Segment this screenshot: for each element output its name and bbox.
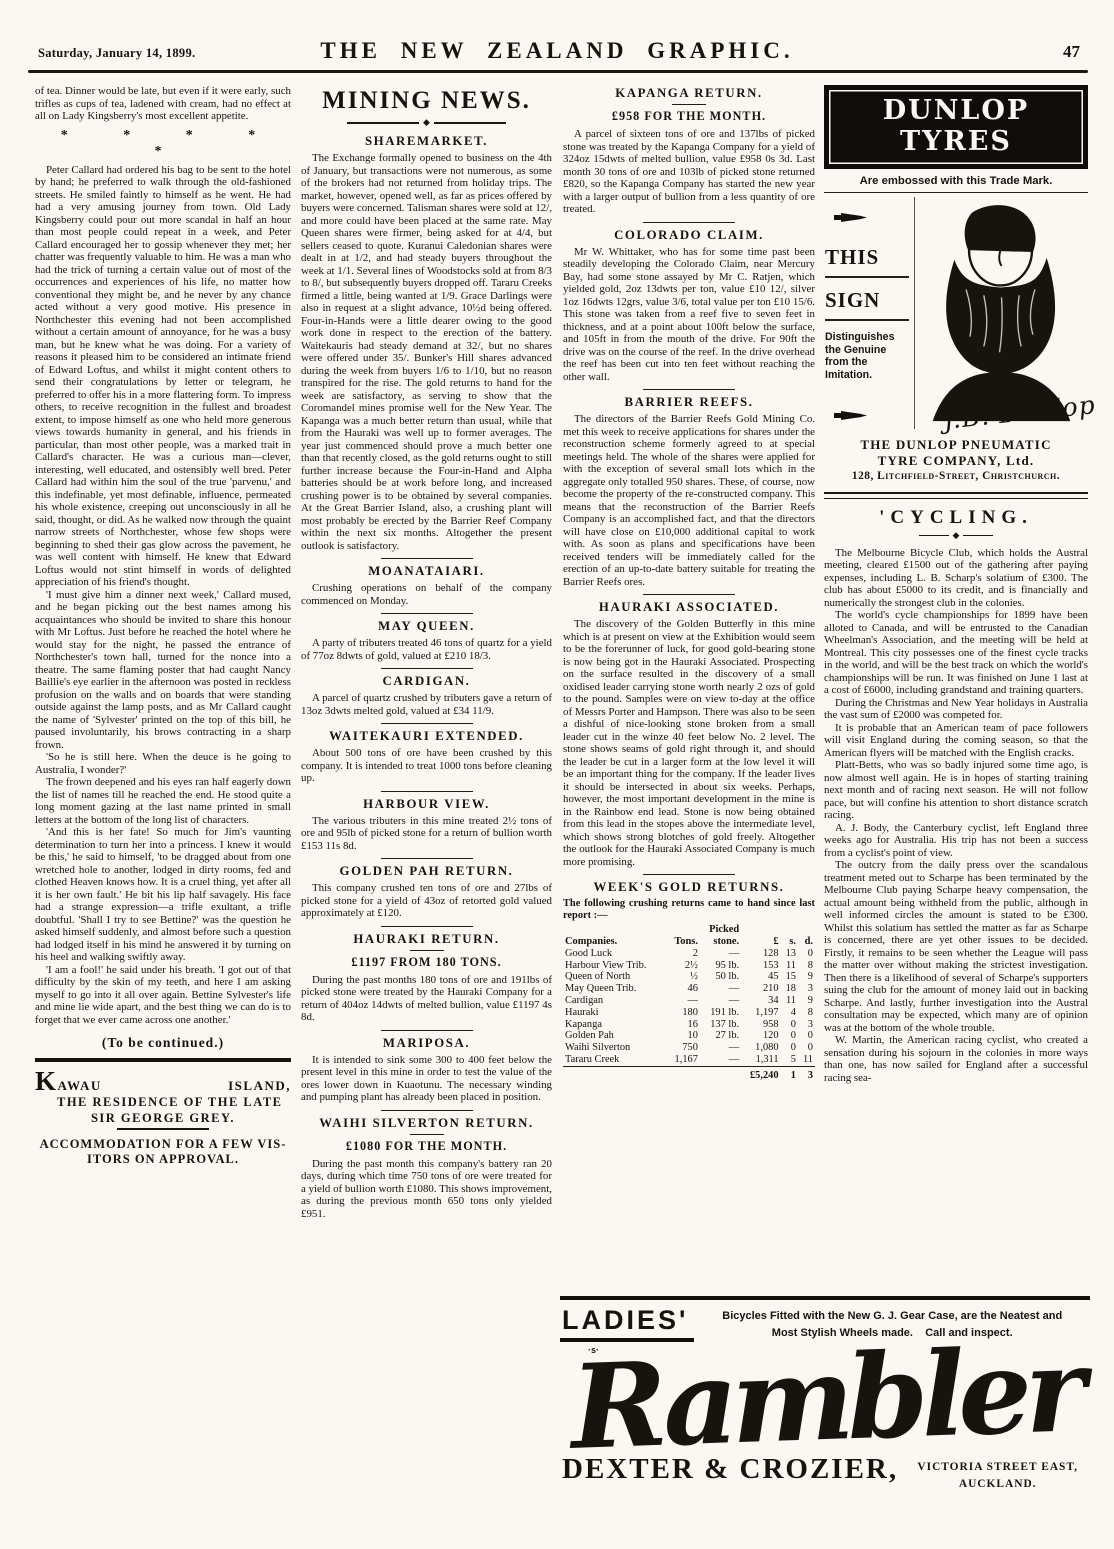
returns-sections: KAPANGA RETURN. £958 FOR THE MONTH. A pa… [563,86,815,868]
cell-pence: 8 [798,960,815,972]
section-subheading: £958 FOR THE MONTH. [563,104,815,124]
cell-shillings: 5 [781,1054,798,1066]
diamond-rule: ◆ [824,531,1088,541]
section-heading: GOLDEN PAH RETURN. [301,864,552,879]
cell-picked-stone: 191 lb. [700,1007,741,1019]
section-body: The various tributers in this mine treat… [301,815,552,853]
cycling-paragraph: The outcry from the daily press over the… [824,859,1088,1034]
gold-return-row: Golden Pah 10 27 lb. 120 0 0 [563,1030,815,1042]
masthead-rule [28,70,1088,73]
cell-pounds: 120 [741,1030,780,1042]
rule-line [919,535,949,537]
news-section: WAITEKAURI EXTENDED. About 500 tons of o… [301,723,552,785]
mining-news-column: MINING NEWS. ◆ SHAREMARKET. The Exchange… [301,85,552,1220]
header-pence: d. [798,924,815,948]
story-column: of tea. Dinner would be late, but even i… [35,85,291,1167]
double-rule [824,492,1088,499]
cycling-paragraph: During the Christmas and New Year holida… [824,697,1088,722]
cell-shillings: 0 [781,1019,798,1031]
section-divider [381,858,473,859]
header-stone: stone. [713,936,739,947]
newspaper-page: Saturday, January 14, 1899. THE NEW ZEAL… [0,0,1114,1549]
section-heading: HARBOUR VIEW. [301,797,552,812]
header-tons: Tons. [667,924,700,948]
section-heading: HAURAKI RETURN. [301,932,552,947]
section-divider [643,594,735,595]
gold-return-row: Harbour View Trib. 2½ 95 lb. 153 11 8 [563,960,815,972]
cell-shillings: 15 [781,971,798,983]
gold-returns-intro: The following crushing returns came to h… [563,898,815,921]
header-picked: Picked [702,924,739,936]
section-body: About 500 tons of ore have been crushed … [301,747,552,785]
section-divider [643,389,735,390]
cell-company: Waihi Silverton [563,1042,667,1054]
section-divider [381,791,473,792]
dunlop-company-line1: THE DUNLOP PNEUMATIC [824,437,1088,453]
newspaper-title: THE NEW ZEALAND GRAPHIC. [0,38,1114,64]
header-companies: Companies. [563,924,667,948]
section-body: During the past months 180 tons of ore a… [301,974,552,1024]
cell-pence: 3 [798,983,815,995]
dunlop-ad-body: THIS SIGN Disting­uishes the Genuine fro… [824,197,1088,429]
cell-tons: 10 [667,1030,700,1042]
cell-shillings: 0 [781,1030,798,1042]
diamond-icon: ◆ [953,531,960,541]
section-divider [381,926,473,927]
diamond-icon: ◆ [423,118,430,128]
kawau-ad-line: ITORS ON APPROVAL. [35,1152,291,1167]
story-paragraph: The frown deepened and his eyes ran half… [35,776,291,826]
cell-pence: 9 [798,971,815,983]
header-shillings: s. [781,924,798,948]
news-section: MARIPOSA. It is intended to sink some 30… [301,1030,552,1104]
news-section: SHAREMARKET. The Exchange formally opene… [301,134,552,552]
cell-pounds: 128 [741,948,780,960]
gold-table-body: Good Luck 2 — 128 13 0 Harbour View Trib… [563,948,815,1066]
right-column: DUNLOP TYRES Are embossed with this Trad… [824,85,1088,1084]
kawau-ad-line: THE RESIDENCE OF THE LATE [57,1095,291,1110]
section-body: A party of tributers treated 46 tons of … [301,637,552,662]
rambler-tagline-line1: Bicycles Fitted with the New G. J. Gear … [694,1308,1090,1325]
cell-company: Harbour View Trib. [563,960,667,972]
cycling-paragraph: The Melbourne Bicycle Club, which holds … [824,547,1088,610]
to-be-continued: (To be continued.) [35,1035,291,1051]
cell-pence: 9 [798,995,815,1007]
section-body: The Exchange formally opened to business… [301,152,552,552]
news-section: MOANATAIARI. Crushing operations on beha… [301,558,552,607]
section-body: This company crushed ten tons of ore and… [301,882,552,920]
section-heading: HAURAKI ASSOCIATED. [563,600,815,615]
cell-picked-stone: — [700,995,741,1007]
column-rule [35,1058,291,1062]
section-heading: CARDIGAN. [301,674,552,689]
cell-pence: 0 [798,1030,815,1042]
section-heading: MAY QUEEN. [301,619,552,634]
cell-company: Kapanga [563,1019,667,1031]
rule-line [963,535,993,537]
mining-sections: SHAREMARKET. The Exchange formally opene… [301,134,552,1220]
section-heading: KAPANGA RETURN. [563,86,815,101]
kawau-ad-rule [117,1128,209,1130]
cell-company: Queen of North [563,971,667,983]
cell-company: May Queen Trib. [563,983,667,995]
cell-pence: 0 [798,1042,815,1054]
dunlop-word-this: THIS [825,245,909,278]
cell-picked-stone: — [700,1042,741,1054]
dunlop-distinguishes-text: Disting­uishes the Genuine from the Imit… [825,331,909,381]
cell-picked-stone: 27 lb. [700,1030,741,1042]
kawau-ad-line: SIR GEORGE GREY. [35,1111,291,1126]
cell-pence: 8 [798,1007,815,1019]
kawau-dropcap: K [35,1066,58,1096]
section-divider [381,558,473,559]
gold-return-row: Kapanga 16 137 lb. 958 0 3 [563,1019,815,1031]
cell-pounds: 210 [741,983,780,995]
gold-return-row: May Queen Trib. 46 — 210 18 3 [563,983,815,995]
cell-tons: 750 [667,1042,700,1054]
gold-return-row: Waihi Silverton 750 — 1,080 0 0 [563,1042,815,1054]
dunlop-tagline: Are embossed with this Trade Mark. [824,175,1088,193]
cell-pence: 0 [798,948,815,960]
section-divider [381,723,473,724]
news-section: COLORADO CLAIM. Mr W. Whittaker, who has… [563,222,815,384]
news-section: KAPANGA RETURN. £958 FOR THE MONTH. A pa… [563,86,815,216]
gold-return-row: Queen of North ½ 50 lb. 45 15 9 [563,971,815,983]
cell-shillings: 18 [781,983,798,995]
dunlop-portrait: J.B. Dunlop [915,197,1088,429]
section-body: A parcel of quartz crushed by tributers … [301,692,552,717]
header-picked-stone: Pickedstone. [700,924,741,948]
news-section: HAURAKI RETURN. £1197 FROM 180 TONS. Dur… [301,926,552,1024]
cell-picked-stone: 137 lb. [700,1019,741,1031]
rambler-bicycle-ad: LADIES' ·s· Bicycles Fitted with the New… [560,1296,1090,1546]
cell-pounds: 1,197 [741,1007,780,1019]
section-divider [381,1110,473,1111]
cycling-paragraph: A. J. Body, the Canterbury cyclist, left… [824,822,1088,860]
cell-pounds: 153 [741,960,780,972]
cell-empty [667,1066,700,1081]
cell-picked-stone: — [700,1054,741,1066]
gold-return-row: Tararu Creek 1,167 — 1,311 5 11 [563,1054,815,1066]
returns-column: KAPANGA RETURN. £958 FOR THE MONTH. A pa… [563,85,815,1082]
dunlop-sign-rail: THIS SIGN Disting­uishes the Genuine fro… [824,197,915,429]
story-paragraph: 'I am a fool!' he said under his breath.… [35,964,291,1027]
cell-pence: 11 [798,1054,815,1066]
star-separator: * * * * * [51,128,291,160]
section-body: A parcel of sixteen tons of ore and 137l… [563,128,815,216]
section-heading: COLORADO CLAIM. [563,228,815,243]
kawau-name-rest: AWAU [58,1078,102,1093]
news-section: BARRIER REEFS. The directors of the Barr… [563,389,815,588]
cell-picked-stone: 95 lb. [700,960,741,972]
total-shillings: 1 [781,1066,798,1081]
cell-empty [700,1066,741,1081]
news-section: WAIHI SILVERTON RETURN. £1080 FOR THE MO… [301,1110,552,1221]
total-pence: 3 [798,1066,815,1081]
cycling-paragraph: The world's cycle championships for 1899… [824,609,1088,697]
cell-tons: 1,167 [667,1054,700,1066]
cell-tons: 46 [667,983,700,995]
cell-pounds: 34 [741,995,780,1007]
rule-line [434,122,506,124]
cell-shillings: 4 [781,1007,798,1019]
cell-tons: ½ [667,971,700,983]
cell-pounds: 1,080 [741,1042,780,1054]
section-body: Crushing operations on behalf of the com… [301,582,552,607]
cell-company: Tararu Creek [563,1054,667,1066]
dunlop-word-sign: SIGN [825,288,909,321]
story-paragraph: Peter Callard had ordered his bag to be … [35,164,291,589]
cycling-title: 'CYCLING. [824,507,1088,529]
cell-shillings: 13 [781,948,798,960]
kawau-ad-line: KAWAU ISLAND, [35,1071,291,1094]
page-number: 47 [1063,42,1080,62]
story-paragraph: 'And this is her fate! So much for Jim's… [35,826,291,964]
section-heading: BARRIER REEFS. [563,395,815,410]
cell-company: Cardigan [563,995,667,1007]
section-body: During the past month this company's bat… [301,1158,552,1221]
pointing-hand-icon [833,209,909,231]
rule-line [347,122,419,124]
section-heading: MARIPOSA. [301,1036,552,1051]
dunlop-banner: DUNLOP TYRES [824,85,1088,169]
gold-table-total-row: £5,240 1 3 [563,1066,815,1081]
gold-returns-heading: WEEK'S GOLD RETURNS. [563,880,815,895]
kawau-ad-name: KAWAU [35,1071,102,1094]
header-pounds: £ [741,924,780,948]
rambler-logo: Rambler [558,1331,1092,1465]
kawau-ad-line: ACCOMMODATION FOR A FEW VIS- [35,1137,291,1152]
cell-tons: 16 [667,1019,700,1031]
cycling-paragraph: Platt-Betts, who was so badly injured so… [824,759,1088,822]
section-heading: WAITEKAURI EXTENDED. [301,729,552,744]
cycling-paragraphs: The Melbourne Bicycle Club, which holds … [824,547,1088,1085]
section-body: It is intended to sink some 300 to 400 f… [301,1054,552,1104]
story-paragraphs: Peter Callard had ordered his bag to be … [35,164,291,1027]
cell-tons: 2½ [667,960,700,972]
cell-shillings: 0 [781,1042,798,1054]
dunlop-address: 128, Litchfield-Street, Christchurch. [824,470,1088,482]
news-section: MAY QUEEN. A party of tributers treated … [301,613,552,662]
cell-company: Hauraki [563,1007,667,1019]
section-body: The directors of the Barrier Reefs Gold … [563,413,815,588]
section-body: The discovery of the Golden Butterfly in… [563,618,815,868]
story-paragraph: of tea. Dinner would be late, but even i… [35,85,291,123]
total-pounds: £5,240 [741,1066,780,1081]
cycling-paragraph: W. Martin, the American racing cyclist, … [824,1034,1088,1084]
gold-return-row: Good Luck 2 — 128 13 0 [563,948,815,960]
kawau-ad-island: ISLAND, [228,1078,291,1094]
story-paragraph: 'So he is still here. When the deuce is … [35,751,291,776]
cell-company: Golden Pah [563,1030,667,1042]
gold-return-row: Cardigan — — 34 11 9 [563,995,815,1007]
section-divider [643,874,735,875]
mining-news-title: MINING NEWS. [301,87,552,115]
cell-pounds: 1,311 [741,1054,780,1066]
cycling-paragraph: It is probable that an American team of … [824,722,1088,760]
cell-tons: 2 [667,948,700,960]
diamond-rule: ◆ [301,118,552,128]
gold-return-row: Hauraki 180 191 lb. 1,197 4 8 [563,1007,815,1019]
section-body: Mr W. Whittaker, who has for some time p… [563,246,815,384]
news-section: GOLDEN PAH RETURN. This company crushed … [301,858,552,920]
cell-pounds: 45 [741,971,780,983]
cell-empty [563,1066,667,1081]
section-divider [381,668,473,669]
dunlop-company-line2: TYRE COMPANY, Ltd. [824,453,1088,469]
dunlop-company-name: THE DUNLOP PNEUMATIC TYRE COMPANY, Ltd. [824,437,1088,470]
section-subheading: £1197 FROM 180 TONS. [301,950,552,970]
news-section: HARBOUR VIEW. The various tributers in t… [301,791,552,853]
cell-shillings: 11 [781,960,798,972]
section-subheading: £1080 FOR THE MONTH. [301,1134,552,1154]
kawau-island-ad: KAWAU ISLAND, THE RESIDENCE OF THE LATE … [35,1071,291,1167]
ad-top-rule [560,1296,1090,1300]
cell-pence: 3 [798,1019,815,1031]
cell-pounds: 958 [741,1019,780,1031]
cell-picked-stone: — [700,983,741,995]
cell-tons: — [667,995,700,1007]
section-divider [381,1030,473,1031]
cell-picked-stone: 50 lb. [700,971,741,983]
cell-tons: 180 [667,1007,700,1019]
news-section: HAURAKI ASSOCIATED. The discovery of the… [563,594,815,868]
dealer-address-line2: AUCKLAND. [917,1476,1078,1493]
section-heading: WAIHI SILVERTON RETURN. [301,1116,552,1131]
section-divider [643,222,735,223]
section-heading: SHAREMARKET. [301,134,552,149]
cell-company: Good Luck [563,948,667,960]
section-heading: MOANATAIARI. [301,564,552,579]
news-section: CARDIGAN. A parcel of quartz crushed by … [301,668,552,717]
story-paragraph: 'I must give him a dinner next week,' Ca… [35,589,291,752]
pointing-hand-icon [833,407,909,429]
dunlop-tyres-ad: DUNLOP TYRES Are embossed with this Trad… [824,85,1088,482]
cell-shillings: 11 [781,995,798,1007]
cell-picked-stone: — [700,948,741,960]
gold-returns-table: Companies. Tons. Pickedstone. £ s. d. Go… [563,924,815,1081]
section-divider [381,613,473,614]
gold-table-header-row: Companies. Tons. Pickedstone. £ s. d. [563,924,815,948]
